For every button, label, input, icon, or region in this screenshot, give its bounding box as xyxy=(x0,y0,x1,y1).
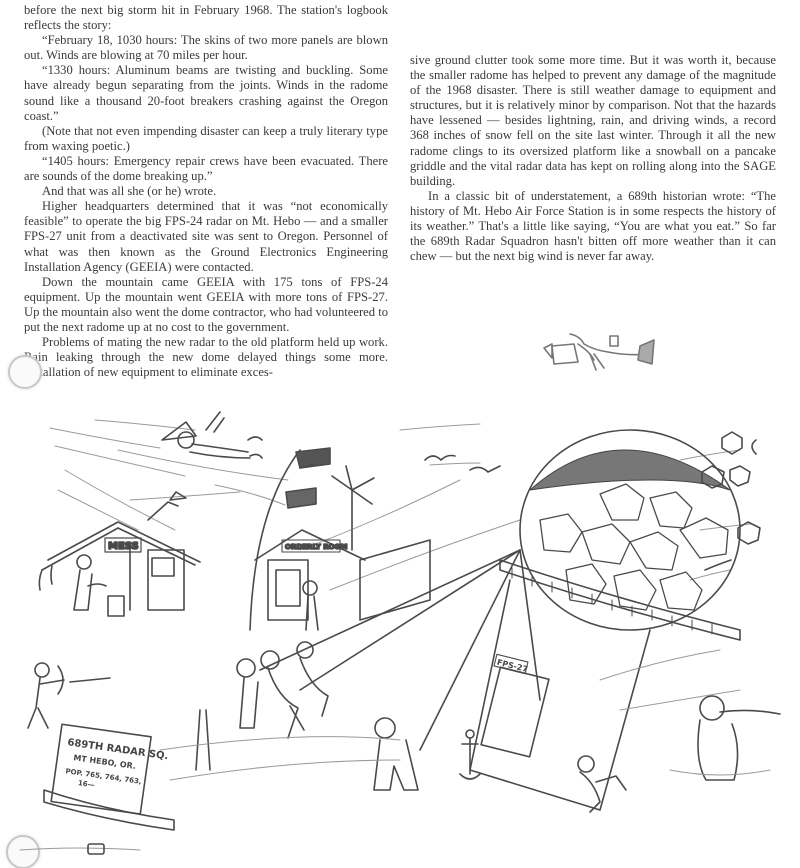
article-right-column: sive ground clutter took some more time.… xyxy=(410,53,776,264)
paragraph: Higher headquarters determined that it w… xyxy=(24,199,388,274)
paragraph: Down the mountain came GEEIA with 175 to… xyxy=(24,275,388,335)
fps27-sign: FPS-27 xyxy=(496,658,529,674)
radome-tower: FPS-27 xyxy=(470,430,740,810)
paragraph: sive ground clutter took some more time.… xyxy=(410,53,776,189)
orderly-room-sign: ORDERLY ROOM xyxy=(285,543,347,551)
wading-person xyxy=(670,696,780,780)
binder-hole-top xyxy=(8,355,42,389)
orderly-room: ORDERLY ROOM xyxy=(255,530,430,630)
archer xyxy=(28,663,110,728)
paragraph: In a classic bit of understatement, a 68… xyxy=(410,189,776,264)
paragraph: (Note that not even impending disaster c… xyxy=(24,124,388,154)
spot-illustration-flying-figure xyxy=(530,320,670,390)
flying-person xyxy=(162,412,262,458)
paragraph: “1330 hours: Aluminum beams are twisting… xyxy=(24,63,388,123)
squadron-sign-line4: 16— xyxy=(77,779,95,789)
wind-streaks xyxy=(50,420,750,590)
cartoon-illustration: MESS ORDERLY ROOM xyxy=(0,410,800,868)
rope-crew xyxy=(196,550,540,790)
paragraph: “1405 hours: Emergency repair crews have… xyxy=(24,154,388,184)
squadron-sign: 689TH RADAR SQ. MT HEBO, OR. POP. 765, 7… xyxy=(44,724,174,830)
can xyxy=(88,844,104,854)
flying-dome-panels xyxy=(702,432,760,570)
paragraph: “February 18, 1030 hours: The skins of t… xyxy=(24,33,388,63)
paragraph: before the next big storm hit in Februar… xyxy=(24,3,388,33)
mess-sign: MESS xyxy=(108,541,139,552)
anemometer xyxy=(332,466,374,550)
flag-pole xyxy=(250,448,330,630)
paragraph: Problems of mating the new radar to the … xyxy=(24,335,388,380)
paragraph: And that was all she (or he) wrote. xyxy=(24,184,388,199)
mess-hall: MESS xyxy=(39,492,200,616)
article-left-column: before the next big storm hit in Februar… xyxy=(24,3,388,380)
